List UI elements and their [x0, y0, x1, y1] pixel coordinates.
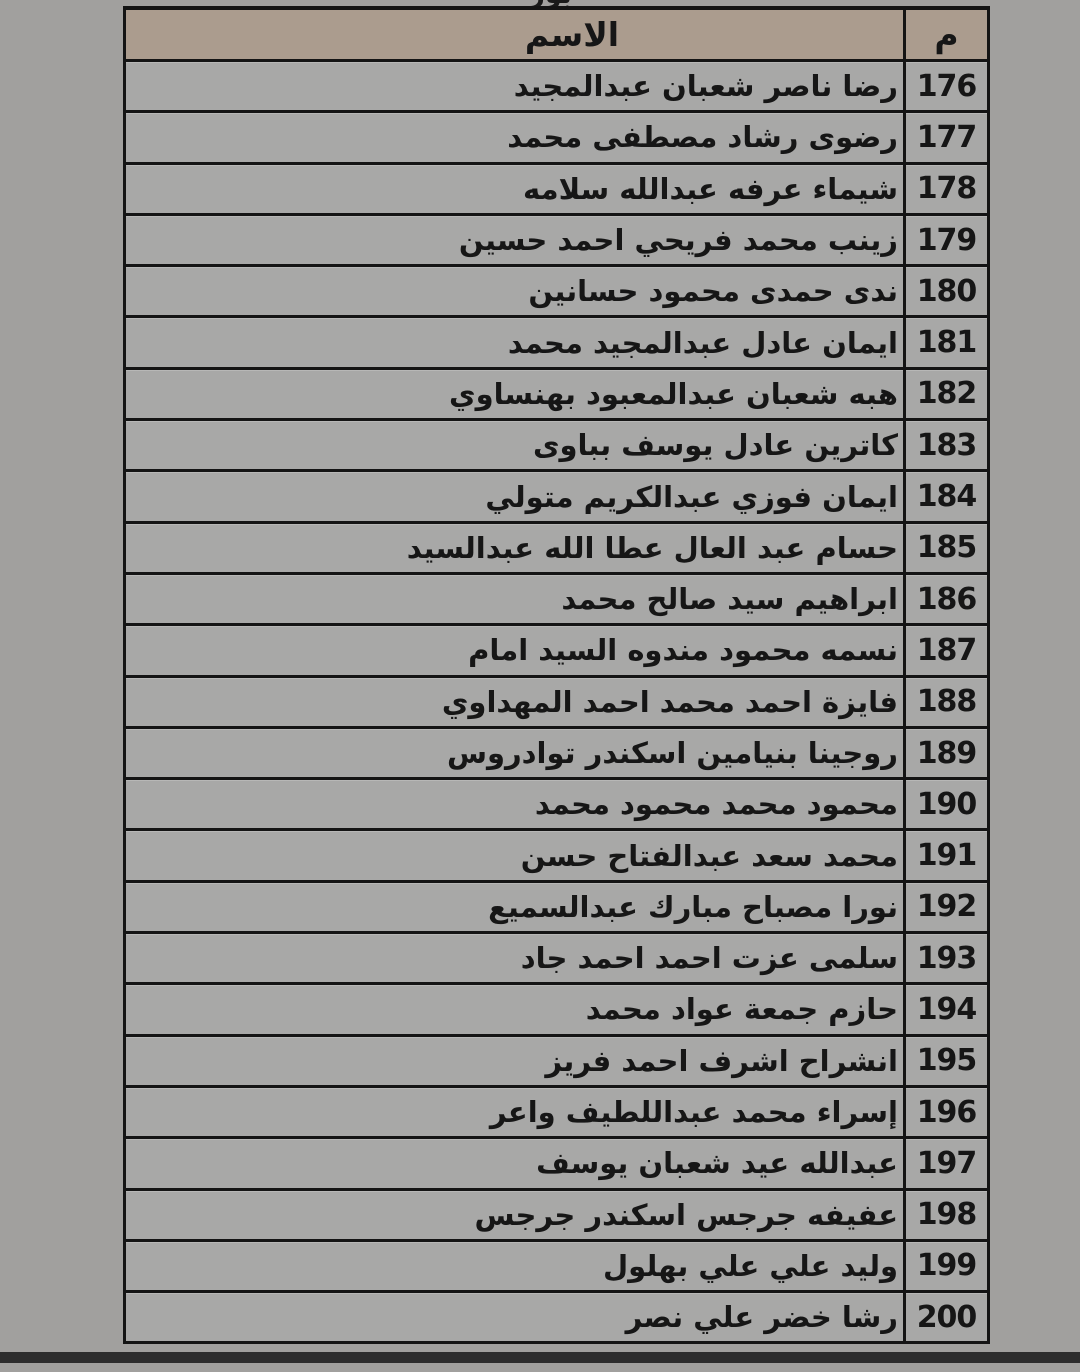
header-name-column: الاسم	[126, 10, 903, 59]
row-name: محمد سعد عبدالفتاح حسن	[126, 831, 903, 879]
row-number: 186	[903, 575, 987, 623]
row-name: ندى حمدى محمود حسانين	[126, 267, 903, 315]
row-name: زينب محمد فريحي احمد حسين	[126, 216, 903, 264]
table-body: 176 رضا ناصر شعبان عبدالمجيد 177 رضوى رش…	[126, 59, 987, 1341]
row-name: عفيفه جرجس اسكندر جرجس	[126, 1191, 903, 1239]
row-number: 176	[903, 62, 987, 110]
row-number: 191	[903, 831, 987, 879]
row-name: عبدالله عيد شعبان يوسف	[126, 1139, 903, 1187]
table-row: 186 ابراهيم سيد صالح محمد	[126, 572, 987, 623]
row-name: رضا ناصر شعبان عبدالمجيد	[126, 62, 903, 110]
table-row: 191 محمد سعد عبدالفتاح حسن	[126, 828, 987, 879]
table-row: 176 رضا ناصر شعبان عبدالمجيد	[126, 59, 987, 110]
table-row: 197 عبدالله عيد شعبان يوسف	[126, 1136, 987, 1187]
row-name: كاترين عادل يوسف بباوى	[126, 421, 903, 469]
row-name: ابراهيم سيد صالح محمد	[126, 575, 903, 623]
names-table: م الاسم 176 رضا ناصر شعبان عبدالمجيد 177…	[123, 6, 990, 1344]
table-row: 187 نسمه محمود مندوه السيد امام	[126, 623, 987, 674]
row-name: حازم جمعة عواد محمد	[126, 985, 903, 1033]
table-row: 179 زينب محمد فريحي احمد حسين	[126, 213, 987, 264]
row-number: 180	[903, 267, 987, 315]
table-row: 181 ايمان عادل عبدالمجيد محمد	[126, 315, 987, 366]
table-row: 185 حسام عبد العال عطا الله عبدالسيد	[126, 521, 987, 572]
table-row: 196 إسراء محمد عبداللطيف واعر	[126, 1085, 987, 1136]
row-name: رضوى رشاد مصطفى محمد	[126, 113, 903, 161]
table-row: 193 سلمى عزت احمد احمد جاد	[126, 931, 987, 982]
table-row: 200 رشا خضر علي نصر	[126, 1290, 987, 1341]
row-number: 194	[903, 985, 987, 1033]
row-number: 188	[903, 678, 987, 726]
table-row: 180 ندى حمدى محمود حسانين	[126, 264, 987, 315]
row-name: حسام عبد العال عطا الله عبدالسيد	[126, 524, 903, 572]
row-name: نسمه محمود مندوه السيد امام	[126, 626, 903, 674]
row-name: شيماء عرفه عبدالله سلامه	[126, 165, 903, 213]
table-row: 194 حازم جمعة عواد محمد	[126, 982, 987, 1033]
row-number: 183	[903, 421, 987, 469]
row-number: 185	[903, 524, 987, 572]
row-number: 196	[903, 1088, 987, 1136]
scanned-page: بور م الاسم 176 رضا ناصر شعبان عبدالمجيد…	[0, 0, 1080, 1372]
table-row: 192 نورا مصباح مبارك عبدالسميع	[126, 880, 987, 931]
row-name: روجينا بنيامين اسكندر توادروس	[126, 729, 903, 777]
table-row: 183 كاترين عادل يوسف بباوى	[126, 418, 987, 469]
row-name: نورا مصباح مبارك عبدالسميع	[126, 883, 903, 931]
row-name: ايمان فوزي عبدالكريم متولي	[126, 472, 903, 520]
row-number: 192	[903, 883, 987, 931]
header-number-column: م	[903, 10, 987, 59]
row-number: 182	[903, 370, 987, 418]
row-number: 198	[903, 1191, 987, 1239]
table-row: 189 روجينا بنيامين اسكندر توادروس	[126, 726, 987, 777]
table-row: 178 شيماء عرفه عبدالله سلامه	[126, 162, 987, 213]
row-number: 178	[903, 165, 987, 213]
row-name: انشراح اشرف احمد فريز	[126, 1037, 903, 1085]
row-number: 197	[903, 1139, 987, 1187]
row-name: رشا خضر علي نصر	[126, 1293, 903, 1341]
row-name: وليد علي علي بهلول	[126, 1242, 903, 1290]
row-number: 190	[903, 780, 987, 828]
table-row: 190 محمود محمد محمود محمد	[126, 777, 987, 828]
row-name: هبه شعبان عبدالمعبود بهنساوي	[126, 370, 903, 418]
row-name: إسراء محمد عبداللطيف واعر	[126, 1088, 903, 1136]
row-number: 179	[903, 216, 987, 264]
row-number: 187	[903, 626, 987, 674]
row-number: 193	[903, 934, 987, 982]
row-number: 184	[903, 472, 987, 520]
row-number: 181	[903, 318, 987, 366]
row-number: 199	[903, 1242, 987, 1290]
table-row: 177 رضوى رشاد مصطفى محمد	[126, 110, 987, 161]
table-row: 199 وليد علي علي بهلول	[126, 1239, 987, 1290]
row-name: ايمان عادل عبدالمجيد محمد	[126, 318, 903, 366]
table-row: 188 فايزة احمد محمد احمد المهداوي	[126, 675, 987, 726]
table-header-row: م الاسم	[126, 10, 987, 59]
row-name: فايزة احمد محمد احمد المهداوي	[126, 678, 903, 726]
row-number: 195	[903, 1037, 987, 1085]
table-row: 182 هبه شعبان عبدالمعبود بهنساوي	[126, 367, 987, 418]
row-name: سلمى عزت احمد احمد جاد	[126, 934, 903, 982]
row-name: محمود محمد محمود محمد	[126, 780, 903, 828]
row-number: 177	[903, 113, 987, 161]
row-number: 189	[903, 729, 987, 777]
table-row: 195 انشراح اشرف احمد فريز	[126, 1034, 987, 1085]
dark-divider-bar	[0, 1352, 1080, 1363]
table-row: 184 ايمان فوزي عبدالكريم متولي	[126, 469, 987, 520]
row-number: 200	[903, 1293, 987, 1341]
table-row: 198 عفيفه جرجس اسكندر جرجس	[126, 1188, 987, 1239]
